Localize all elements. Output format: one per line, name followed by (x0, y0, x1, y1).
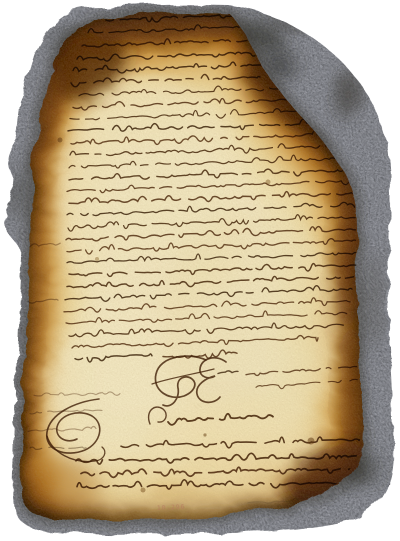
ink-speck (203, 433, 206, 436)
photo-canvas: 10.296 (0, 0, 400, 541)
ink-speck (266, 180, 271, 185)
ink-speck (95, 257, 99, 261)
ink-speck (308, 438, 315, 445)
ink-speck (58, 138, 63, 143)
ink-speck (141, 488, 146, 493)
burnt-manuscript-photo: 10.296 (0, 0, 400, 541)
pencil-note: 10.296 (157, 503, 186, 512)
